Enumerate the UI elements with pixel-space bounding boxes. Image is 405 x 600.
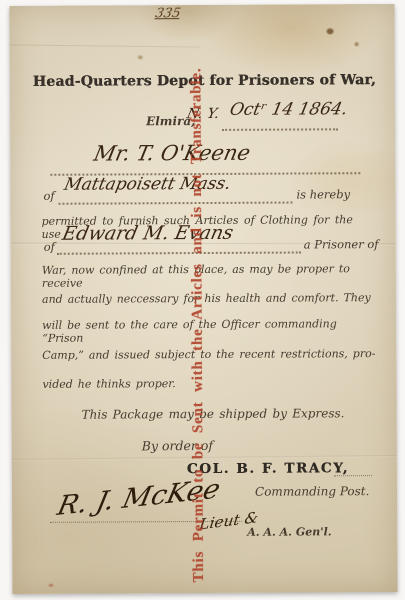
form-body-line: will be sent to the care of the Officer … xyxy=(42,317,377,345)
recipient-name-handwritten: Mr. T. O'Keene xyxy=(92,141,253,166)
prisoner-name-handwritten: Edward M. Evans xyxy=(60,222,235,245)
is-hereby-label: is hereby xyxy=(296,187,350,201)
form-body-line: and actually neccessary for his health a… xyxy=(42,291,377,306)
form-body-line: War, now confined at this place, as may … xyxy=(42,262,377,290)
of-label: of xyxy=(44,240,55,254)
stain xyxy=(138,55,143,59)
of-label: of xyxy=(43,189,54,203)
stain xyxy=(355,42,359,46)
commanding-post-label: Commanding Post. xyxy=(255,484,369,499)
fold-crease xyxy=(10,44,200,47)
dotted-fill-line xyxy=(334,454,372,476)
express-line: This Package may be shipped by Express. xyxy=(82,406,345,421)
permit-stamp-text: This Permit to be Sent with the Articles… xyxy=(188,68,208,583)
a-prisoner-of-label: a Prisoner of xyxy=(304,237,379,251)
residence-handwritten: Mattapoisett Mass. xyxy=(62,174,232,195)
form-body-line: vided he thinks proper. xyxy=(42,376,377,391)
form-body-line: Camp,” and issued subject to the recent … xyxy=(42,347,377,362)
document-paper: 335 Head-Quarters Depot for Prisoners of… xyxy=(9,4,397,594)
stain xyxy=(48,584,53,587)
stain xyxy=(327,28,334,34)
date-handwritten: Octʳ 14 1864. xyxy=(228,99,349,120)
scanned-document-background: 335 Head-Quarters Depot for Prisoners of… xyxy=(0,0,405,600)
aaag-label: A. A. A. Gen'l. xyxy=(247,525,331,538)
archive-number: 335 xyxy=(154,6,182,21)
